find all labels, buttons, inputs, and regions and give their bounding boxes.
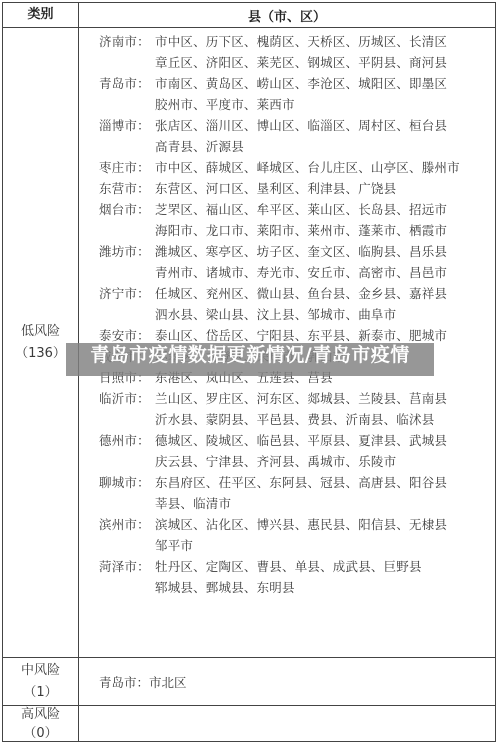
high-risk-label: 高风险	[21, 705, 60, 724]
district-list: 沂水县、蒙阴县、平邑县、费县、沂南县、临沭县	[155, 412, 434, 427]
city-row: 潍坊市：潍城区、寒亭区、坊子区、奎文区、临朐县、昌乐县	[99, 241, 495, 262]
city-name: 滨州市：	[99, 514, 155, 535]
header-regions: 县（市、区）	[79, 3, 495, 27]
city-row: 临沂市：兰山区、罗庄区、河东区、郯城县、兰陵县、莒南县	[99, 388, 495, 409]
city-row-continued: 泗水县、梁山县、汶上县、邹城市、曲阜市	[99, 304, 495, 325]
district-list: 兰山区、罗庄区、河东区、郯城县、兰陵县、莒南县	[155, 391, 447, 406]
city-row-continued: 章丘区、济阳区、莱芜区、钢城区、平阴县、商河县	[99, 52, 495, 73]
high-risk-category: 高风险 （0）	[3, 706, 79, 742]
district-list: 芝罘区、福山区、牟平区、莱山区、长岛县、招远市	[155, 202, 447, 217]
district-list: 任城区、兖州区、微山县、鱼台县、金乡县、嘉祥县	[155, 286, 447, 301]
district-list: 庆云县、宁津县、齐河县、禹城市、乐陵市	[155, 454, 396, 469]
district-list: 高青县、沂源县	[155, 139, 244, 154]
medium-risk-regions: 青岛市：市北区	[79, 658, 495, 705]
city-row: 青岛市：市南区、黄岛区、崂山区、李沧区、城阳区、即墨区	[99, 73, 495, 94]
district-list: 邹平市	[155, 538, 193, 553]
city-row: 淄博市：张店区、淄川区、博山区、临淄区、周村区、桓台县	[99, 115, 495, 136]
district-list: 莘县、临清市	[155, 496, 231, 511]
medium-risk-count: （1）	[23, 682, 57, 704]
city-row-continued: 海阳市、龙口市、莱阳市、莱州市、蓬莱市、栖霞市	[99, 220, 495, 241]
district-list: 东昌府区、茌平区、东阿县、冠县、高唐县、阳谷县	[155, 475, 447, 490]
city-row-continued: 郓城县、鄄城县、东明县	[99, 577, 495, 598]
article-title-overlay[interactable]: 青岛市疫情数据更新情况/青岛市疫情	[66, 343, 434, 376]
header-category: 类别	[3, 3, 79, 27]
district-list: 市南区、黄岛区、崂山区、李沧区、城阳区、即墨区	[155, 76, 447, 91]
city-row-continued: 高青县、沂源县	[99, 136, 495, 157]
city-row: 烟台市：芝罘区、福山区、牟平区、莱山区、长岛县、招远市	[99, 199, 495, 220]
district-list: 市中区、历下区、槐荫区、天桥区、历城区、长清区	[155, 34, 447, 49]
city-row: 济宁市：任城区、兖州区、微山县、鱼台县、金乡县、嘉祥县	[99, 283, 495, 304]
city-row-continued: 莘县、临清市	[99, 493, 495, 514]
city-name: 菏泽市：	[99, 556, 155, 577]
low-risk-count: （136）	[15, 343, 66, 365]
city-name: 德州市：	[99, 430, 155, 451]
city-name: 东营市：	[99, 178, 155, 199]
medium-risk-label: 中风险	[21, 660, 60, 682]
district-list: 青州市、诸城市、寿光市、安丘市、高密市、昌邑市	[155, 265, 447, 280]
city-name: 济南市：	[99, 31, 155, 52]
city-row-continued: 青州市、诸城市、寿光市、安丘市、高密市、昌邑市	[99, 262, 495, 283]
district-list: 牡丹区、定陶区、曹县、单县、成武县、巨野县	[155, 559, 422, 574]
city-name: 潍坊市：	[99, 241, 155, 262]
city-row: 菏泽市：牡丹区、定陶区、曹县、单县、成武县、巨野县	[99, 556, 495, 577]
district-list: 胶州市、平度市、莱西市	[155, 97, 295, 112]
city-name: 淄博市：	[99, 115, 155, 136]
district-list: 张店区、淄川区、博山区、临淄区、周村区、桓台县	[155, 118, 447, 133]
city-row: 德州市：德城区、陵城区、临邑县、平原县、夏津县、武城县	[99, 430, 495, 451]
city-row: 聊城市：东昌府区、茌平区、东阿县、冠县、高唐县、阳谷县	[99, 472, 495, 493]
city-name: 聊城市：	[99, 472, 155, 493]
city-name: 青岛市：	[99, 73, 155, 94]
city-row-continued: 庆云县、宁津县、齐河县、禹城市、乐陵市	[99, 451, 495, 472]
district-list: 滨城区、沾化区、博兴县、惠民县、阳信县、无棣县	[155, 517, 447, 532]
city-name: 临沂市：	[99, 388, 155, 409]
district-list: 海阳市、龙口市、莱阳市、莱州市、蓬莱市、栖霞市	[155, 223, 447, 238]
district-list: 东营区、河口区、垦利区、利津县、广饶县	[155, 181, 396, 196]
city-row: 济南市：市中区、历下区、槐荫区、天桥区、历城区、长清区	[99, 31, 495, 52]
city-name: 济宁市：	[99, 283, 155, 304]
city-row: 东营市：东营区、河口区、垦利区、利津县、广饶县	[99, 178, 495, 199]
city-row-continued: 邹平市	[99, 535, 495, 556]
city-name: 烟台市：	[99, 199, 155, 220]
city-name: 枣庄市：	[99, 157, 155, 178]
high-risk-count: （0）	[23, 724, 57, 743]
low-risk-label: 低风险	[21, 321, 60, 343]
district-list: 泗水县、梁山县、汶上县、邹城市、曲阜市	[155, 307, 396, 322]
medium-risk-category: 中风险 （1）	[3, 658, 79, 705]
district-list: 郓城县、鄄城县、东明县	[155, 580, 295, 595]
medium-risk-row: 中风险 （1） 青岛市：市北区	[3, 658, 495, 706]
high-risk-regions	[79, 706, 495, 742]
city-row: 枣庄市：市中区、薛城区、峄城区、台儿庄区、山亭区、滕州市	[99, 157, 495, 178]
city-list: 济南市：市中区、历下区、槐荫区、天桥区、历城区、长清区章丘区、济阳区、莱芜区、钢…	[79, 31, 495, 598]
district-list: 章丘区、济阳区、莱芜区、钢城区、平阴县、商河县	[155, 55, 447, 70]
district-list: 德城区、陵城区、临邑县、平原县、夏津县、武城县	[155, 433, 447, 448]
district-list: 市中区、薛城区、峄城区、台儿庄区、山亭区、滕州市	[155, 160, 460, 175]
high-risk-row: 高风险 （0）	[3, 706, 495, 742]
city-row: 滨州市：滨城区、沾化区、博兴县、惠民县、阳信县、无棣县	[99, 514, 495, 535]
district-list: 潍城区、寒亭区、坊子区、奎文区、临朐县、昌乐县	[155, 244, 447, 259]
table-header-row: 类别 县（市、区）	[3, 3, 495, 28]
district-list: 泰山区、岱岳区、宁阳县、东平县、新泰市、肥城市	[155, 328, 447, 343]
city-row-continued: 胶州市、平度市、莱西市	[99, 94, 495, 115]
city-row-continued: 沂水县、蒙阴县、平邑县、费县、沂南县、临沭县	[99, 409, 495, 430]
